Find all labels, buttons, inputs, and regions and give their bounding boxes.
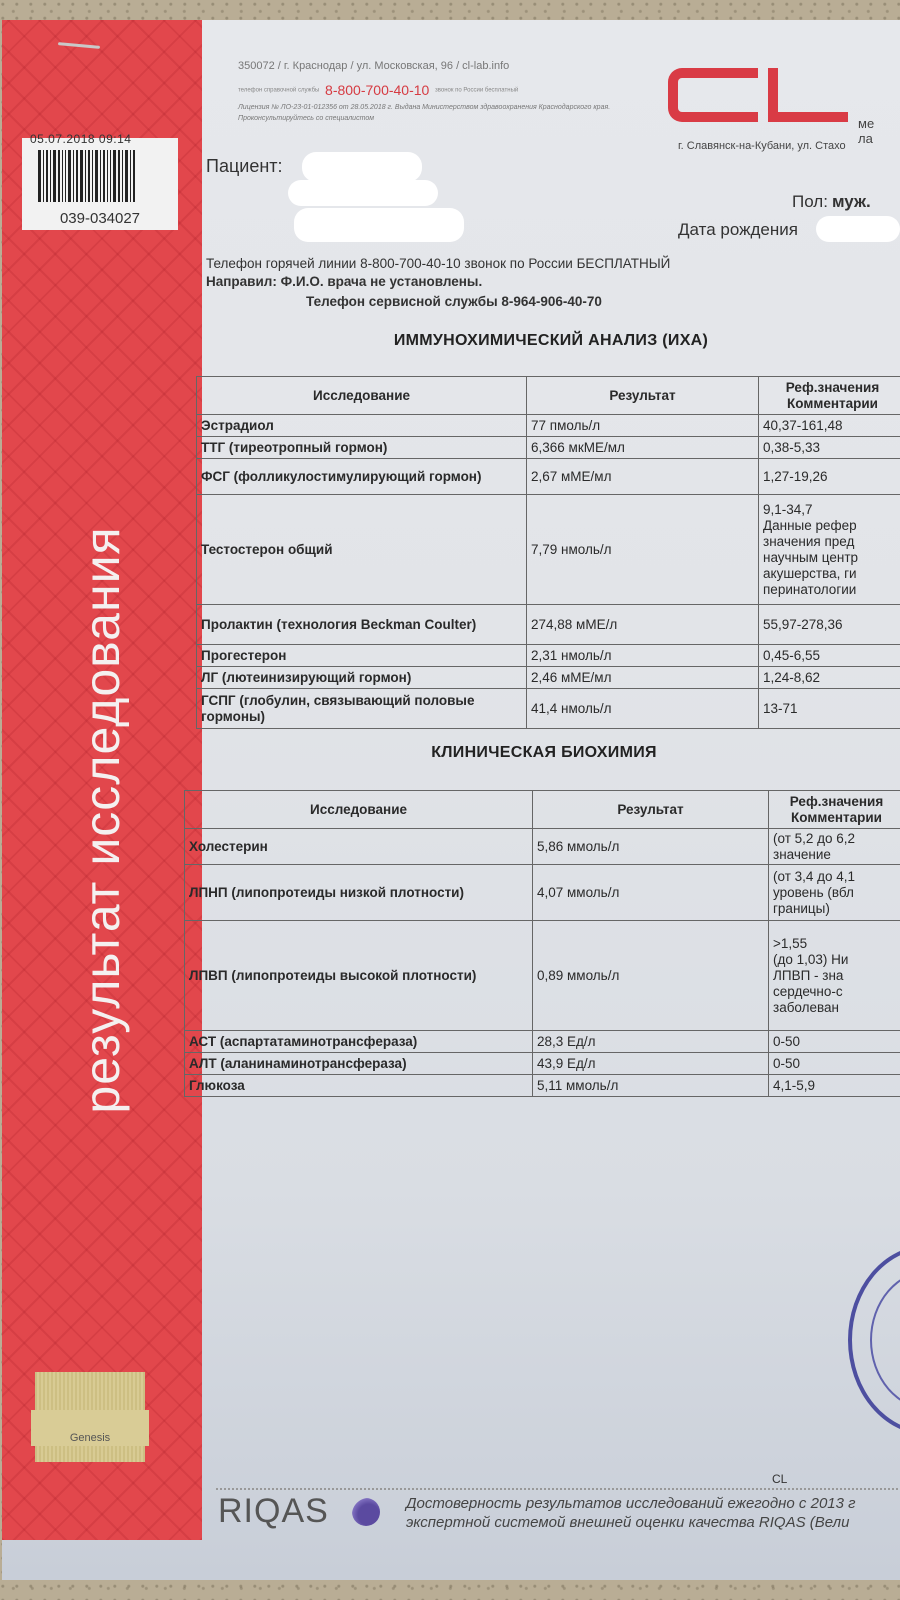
reference-cell: 4,1-5,9 [769, 1075, 900, 1097]
redaction-mark [294, 208, 464, 242]
test-name-cell: Эстрадиол [197, 415, 527, 437]
hotline-suffix: звонок по России бесплатный [435, 88, 518, 94]
col-header-ref: Реф.значения Комментарии [769, 791, 900, 829]
table-row: Эстрадиол77 пмоль/л40,37-161,48 [197, 415, 900, 437]
test-name-cell: Пролактин (технология Beckman Coulter) [197, 605, 527, 645]
result-cell: 2,31 нмоль/л [527, 645, 759, 667]
reference-cell: 0-50 [769, 1031, 900, 1053]
riqas-line-1: Достоверность результатов исследований е… [406, 1494, 856, 1513]
immuno-table: Исследование Результат Реф.значения Комм… [196, 376, 900, 729]
test-name-cell: ТТГ (тиреотропный гормон) [197, 437, 527, 459]
service-phone: Телефон сервисной службы 8-964-906-40-70 [306, 294, 602, 309]
result-cell: 77 пмоль/л [527, 415, 759, 437]
test-name-cell: ФСГ (фолликулостимулирующий гормон) [197, 459, 527, 495]
reference-cell: 9,1-34,7 Данные рефер значения пред науч… [759, 495, 900, 605]
test-name-cell: ЛПВП (липопротеиды высокой плотности) [185, 921, 533, 1031]
hotline-line: Телефон горячей линии 8-800-700-40-10 зв… [206, 256, 670, 271]
lab-report-sheet: 05.07.2018 09:14 039-034027 результат ис… [2, 20, 900, 1580]
redaction-mark [302, 152, 422, 182]
table-row: ФСГ (фолликулостимулирующий гормон)2,67 … [197, 459, 900, 495]
table-row: ГСПГ (глобулин, связывающий половые горм… [197, 689, 900, 729]
test-name-cell: Глюкоза [185, 1075, 533, 1097]
hotline-row: телефон справочной службы 8-800-700-40-1… [238, 82, 518, 98]
test-name-cell: ЛГ (лютеинизирующий гормон) [197, 667, 527, 689]
result-cell: 28,3 Ед/л [533, 1031, 769, 1053]
reference-cell: 0,45-6,55 [759, 645, 900, 667]
table-row: Глюкоза5,11 ммоль/л4,1-5,9 [185, 1075, 900, 1097]
col-header-result: Результат [527, 377, 759, 415]
reference-cell: (от 5,2 до 6,2 значение [769, 829, 900, 865]
table-row: Прогестерон2,31 нмоль/л0,45-6,55 [197, 645, 900, 667]
reference-cell: >1,55 (до 1,03) Ни ЛПВП - зна сердечно-с… [769, 921, 900, 1031]
cl-logo-icon [668, 68, 848, 122]
redaction-mark [288, 180, 438, 206]
table-row: Тестостерон общий7,79 нмоль/л9,1-34,7 Да… [197, 495, 900, 605]
result-cell: 7,79 нмоль/л [527, 495, 759, 605]
reference-cell: 0-50 [769, 1053, 900, 1075]
test-name-cell: Тестостерон общий [197, 495, 527, 605]
test-name-cell: ГСПГ (глобулин, связывающий половые горм… [197, 689, 527, 729]
test-name-cell: Прогестерон [197, 645, 527, 667]
result-cell: 43,9 Ед/л [533, 1053, 769, 1075]
col-header-ref: Реф.значения Комментарии [759, 377, 900, 415]
table-row: АСТ (аспартатаминотрансфераза)28,3 Ед/л0… [185, 1031, 900, 1053]
barcode-timestamp: 05.07.2018 09:14 [30, 132, 131, 146]
result-cell: 0,89 ммоль/л [533, 921, 769, 1031]
redaction-mark [816, 216, 900, 242]
result-cell: 6,366 мкМЕ/мл [527, 437, 759, 459]
hologram-sticker: Genesis [35, 1372, 145, 1462]
test-name-cell: АСТ (аспартатаминотрансфераза) [185, 1031, 533, 1053]
staple [58, 42, 100, 49]
riqas-line-2: экспертной системой внешней оценки качес… [406, 1513, 856, 1532]
riqas-logo: RIQAS [218, 1492, 329, 1531]
patient-label: Пациент: [206, 156, 283, 177]
immuno-section-title: ИММУНОХИМИЧЕСКИЙ АНАЛИЗ (ИХА) [196, 332, 900, 350]
sex-value: муж. [832, 192, 871, 211]
band-vertical-title: результат исследования [73, 526, 131, 1113]
table-row: Пролактин (технология Beckman Coulter)27… [197, 605, 900, 645]
hologram-label: Genesis [35, 1432, 145, 1444]
branch-address: г. Славянск-на-Кубани, ул. Стахо [678, 140, 846, 152]
sex-field: Пол:муж. [792, 192, 871, 212]
test-name-cell: ЛПНП (липопротеиды низкой плотности) [185, 865, 533, 921]
hotline-prefix: телефон справочной службы [238, 88, 319, 94]
table-row: Холестерин5,86 ммоль/л(от 5,2 до 6,2 зна… [185, 829, 900, 865]
lab-address: 350072 / г. Краснодар / ул. Московская, … [238, 60, 509, 72]
biochem-table: Исследование Результат Реф.значения Комм… [184, 790, 900, 1097]
test-name-cell: АЛТ (аланинаминотрансфераза) [185, 1053, 533, 1075]
license-text: Лицензия № ЛО-23-01-012356 от 28.05.2018… [238, 102, 628, 124]
logo-tail-text: ме ла [858, 116, 874, 146]
table-row: ТТГ (тиреотропный гормон)6,366 мкМЕ/мл0,… [197, 437, 900, 459]
col-header-result: Результат [533, 791, 769, 829]
reference-cell: 13-71 [759, 689, 900, 729]
footer-cl-mark: CL [772, 1472, 787, 1486]
barcode-number: 039-034027 [22, 210, 178, 227]
reference-cell: 55,97-278,36 [759, 605, 900, 645]
result-cell: 41,4 нмоль/л [527, 689, 759, 729]
result-cell: 4,07 ммоль/л [533, 865, 769, 921]
table-row: ЛГ (лютеинизирующий гормон)2,46 мМЕ/мл1,… [197, 667, 900, 689]
reference-cell: 1,27-19,26 [759, 459, 900, 495]
side-band: 05.07.2018 09:14 039-034027 результат ис… [2, 20, 202, 1540]
col-header-test: Исследование [197, 377, 527, 415]
barcode-icon [38, 150, 158, 202]
reference-cell: 40,37-161,48 [759, 415, 900, 437]
riqas-statement: Достоверность результатов исследований е… [406, 1494, 856, 1532]
result-cell: 5,11 ммоль/л [533, 1075, 769, 1097]
test-name-cell: Холестерин [185, 829, 533, 865]
result-cell: 2,46 мМЕ/мл [527, 667, 759, 689]
footer-divider [216, 1488, 900, 1490]
table-row: АЛТ (аланинаминотрансфераза)43,9 Ед/л0-5… [185, 1053, 900, 1075]
table-row: ЛПНП (липопротеиды низкой плотности)4,07… [185, 865, 900, 921]
reference-cell: 0,38-5,33 [759, 437, 900, 459]
referred-by: Направил: Ф.И.О. врача не установлены. [206, 274, 482, 289]
result-cell: 5,86 ммоль/л [533, 829, 769, 865]
biochem-section-title: КЛИНИЧЕСКАЯ БИОХИМИЯ [184, 744, 900, 762]
reference-cell: 1,24-8,62 [759, 667, 900, 689]
globe-icon [352, 1498, 380, 1526]
dob-label: Дата рождения [678, 220, 798, 240]
result-cell: 2,67 мМЕ/мл [527, 459, 759, 495]
hotline-phone: 8-800-700-40-10 [325, 82, 429, 98]
result-cell: 274,88 мМЕ/л [527, 605, 759, 645]
table-row: ЛПВП (липопротеиды высокой плотности)0,8… [185, 921, 900, 1031]
reference-cell: (от 3,4 до 4,1 уровень (вбл границы) [769, 865, 900, 921]
col-header-test: Исследование [185, 791, 533, 829]
sex-label: Пол: [792, 192, 828, 211]
